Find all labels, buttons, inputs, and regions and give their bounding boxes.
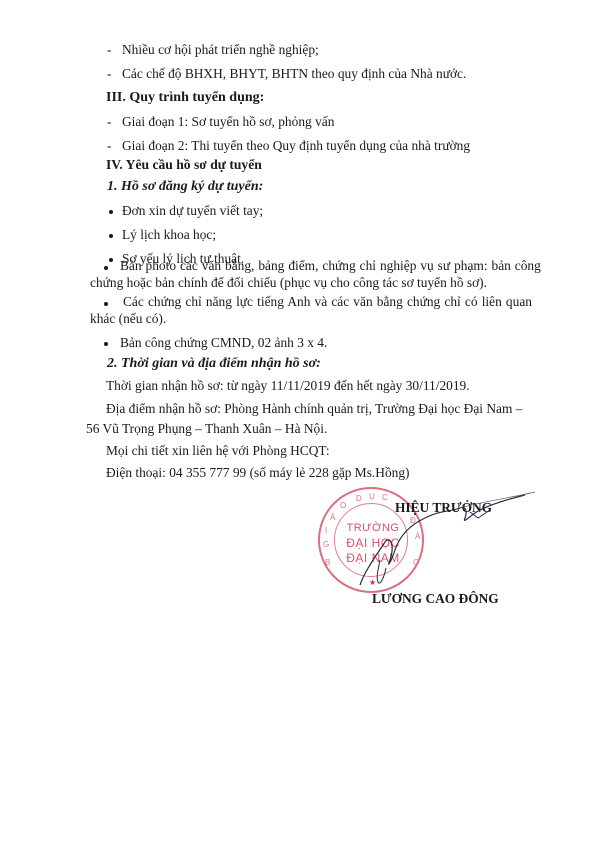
requirement-item: Bản công chứng CMND, 02 ảnh 3 x 4. bbox=[107, 334, 327, 352]
stamp-ring-char: B bbox=[325, 559, 330, 567]
bullet-icon bbox=[104, 302, 108, 306]
section-heading: IV. Yêu cầu hồ sơ dự tuyển bbox=[106, 156, 262, 174]
subsection-heading: 1. Hồ sơ đăng ký dự tuyển: bbox=[107, 178, 263, 196]
requirement-text-line2: chứng hoặc bản chính để đối chiếu (phục … bbox=[90, 274, 487, 292]
process-item: - Giai đoạn 2: Thi tuyển theo Quy định t… bbox=[107, 137, 470, 155]
process-text: Giai đoạn 1: Sơ tuyển hồ sơ, phỏng vấn bbox=[122, 114, 334, 129]
contact-text: Mọi chi tiết xin liên hệ với Phòng HCQT: bbox=[106, 442, 330, 460]
requirement-text: Đơn xin dự tuyển viết tay; bbox=[122, 203, 263, 218]
bullet-icon bbox=[109, 234, 113, 238]
phone-text: Điện thoại: 04 355 777 99 (số máy lẻ 228… bbox=[106, 464, 410, 482]
benefit-text: Nhiều cơ hội phát triển nghề nghiệp; bbox=[122, 42, 319, 57]
requirement-item: Lý lịch khoa học; bbox=[107, 226, 216, 244]
benefit-item: - Nhiều cơ hội phát triển nghề nghiệp; bbox=[107, 41, 319, 59]
subsection-heading: 2. Thời gian và địa điểm nhận hồ sơ: bbox=[107, 355, 321, 373]
receipt-place-line2: 56 Vũ Trọng Phụng – Thanh Xuân – Hà Nội. bbox=[86, 420, 327, 438]
requirement-text-line2: khác (nếu có). bbox=[90, 310, 166, 328]
requirement-text-line1: Bản photo các văn bằng, bảng điểm, chứng… bbox=[120, 257, 541, 275]
dash-marker: - bbox=[107, 137, 111, 155]
bullet-icon bbox=[104, 266, 108, 270]
signer-name: LƯƠNG CAO ĐÔNG bbox=[372, 590, 499, 608]
process-text: Giai đoạn 2: Thi tuyển theo Quy định tuy… bbox=[122, 138, 470, 153]
requirement-text: Lý lịch khoa học; bbox=[122, 227, 216, 242]
benefit-item: - Các chế độ BHXH, BHYT, BHTN theo quy đ… bbox=[107, 65, 466, 83]
signature-icon bbox=[340, 490, 540, 590]
process-item: - Giai đoạn 1: Sơ tuyển hồ sơ, phỏng vấn bbox=[107, 113, 334, 131]
requirement-item: Đơn xin dự tuyển viết tay; bbox=[107, 202, 263, 220]
dash-marker: - bbox=[107, 41, 111, 59]
bullet-icon bbox=[104, 342, 108, 346]
benefit-text: Các chế độ BHXH, BHYT, BHTN theo quy địn… bbox=[122, 66, 466, 81]
receipt-time: Thời gian nhận hồ sơ: từ ngày 11/11/2019… bbox=[106, 377, 470, 395]
stamp-ring-char: I bbox=[325, 527, 327, 535]
section-heading: III. Quy trình tuyển dụng: bbox=[106, 89, 264, 107]
dash-marker: - bbox=[107, 113, 111, 131]
requirement-text: Bản công chứng CMND, 02 ảnh 3 x 4. bbox=[120, 335, 327, 350]
bullet-icon bbox=[109, 258, 113, 262]
stamp-ring-char: G bbox=[323, 541, 329, 549]
stamp-ring-char: Á bbox=[330, 514, 335, 522]
bullet-icon bbox=[109, 210, 113, 214]
requirement-text-line1: Các chứng chỉ năng lực tiếng Anh và các … bbox=[123, 293, 532, 311]
dash-marker: - bbox=[107, 65, 111, 83]
receipt-place-line1: Địa điểm nhận hồ sơ: Phòng Hành chính qu… bbox=[106, 400, 522, 418]
